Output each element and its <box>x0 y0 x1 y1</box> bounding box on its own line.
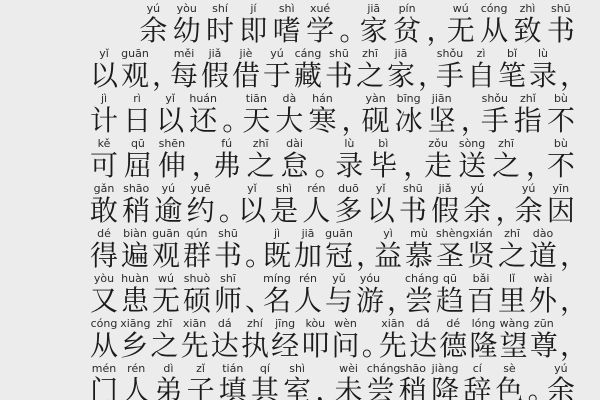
pinyin-label: yòu <box>173 2 201 16</box>
punctuation-cell: ， <box>315 362 330 400</box>
hanzi-char: 敢 <box>90 196 118 227</box>
pinyin-label: shī <box>214 272 242 286</box>
punctuation-cell: ， <box>560 317 575 362</box>
char-cell: wèn问 <box>332 317 360 362</box>
char-cell: yǔ与 <box>325 272 353 317</box>
text-line: cóng从xiāng乡zhī之xiān先dá达zhí执jīng经kòu叩wèn问… <box>90 317 575 362</box>
hanzi-char: 加 <box>294 241 322 272</box>
pinyin-label <box>222 92 237 106</box>
punctuation-cell: 。 <box>339 2 354 47</box>
hanzi-char: ， <box>426 16 441 47</box>
pinyin-label: guān <box>121 47 149 61</box>
pinyin-label: cóng <box>480 2 508 16</box>
char-cell: dà大 <box>275 92 303 137</box>
char-cell: měi每 <box>170 47 198 92</box>
char-cell: zūn尊 <box>530 317 558 362</box>
pinyin-label: jiǎ <box>201 47 229 61</box>
pinyin-label <box>342 92 357 106</box>
pinyin-label <box>418 47 433 61</box>
pinyin-label: xiāng <box>120 317 148 331</box>
punctuation-cell: 、 <box>245 272 260 317</box>
hanzi-char: 逾 <box>154 196 182 227</box>
pinyin-label <box>192 137 207 151</box>
hanzi-char: 门 <box>90 376 118 400</box>
pinyin-label: bǐ <box>498 47 526 61</box>
pinyin-label: shū <box>399 182 427 196</box>
pinyin-label: huàn <box>121 272 149 286</box>
punctuation-cell: ， <box>495 182 510 227</box>
punctuation-cell: 。 <box>528 362 543 400</box>
pinyin-label: lù <box>529 47 557 61</box>
hanzi-char: 天 <box>242 106 270 137</box>
punctuation-cell: ， <box>418 47 433 92</box>
hanzi-char: 于 <box>263 61 291 92</box>
char-cell: xiān先 <box>379 317 407 362</box>
pinyin-label: wài <box>529 272 557 286</box>
char-cell: shèng圣 <box>436 227 464 272</box>
hanzi-char: 伸 <box>158 151 186 182</box>
hanzi-char: 外 <box>529 286 557 317</box>
hanzi-char: 无 <box>447 16 475 47</box>
char-cell: shī师 <box>214 272 242 317</box>
char-cell: jiā家 <box>387 47 415 92</box>
hanzi-char: 以 <box>90 61 118 92</box>
punctuation-cell: ， <box>560 272 575 317</box>
pinyin-label: bì <box>369 137 397 151</box>
pinyin-label: zhī <box>356 47 384 61</box>
hanzi-char: 坚 <box>428 106 456 137</box>
pinyin-label: kòu <box>301 317 329 331</box>
char-cell: mén门 <box>90 362 118 400</box>
pinyin-label: rén <box>122 362 150 376</box>
hanzi-char: 色 <box>495 376 523 400</box>
pinyin-label: yú <box>154 182 182 196</box>
pinyin-label: shèng <box>436 227 464 241</box>
hanzi-char: 隆 <box>469 331 497 362</box>
char-cell: wàng望 <box>500 317 528 362</box>
hanzi-char: 道 <box>529 241 557 272</box>
char-cell: rì日 <box>123 92 151 137</box>
punctuation-cell: ， <box>192 137 207 182</box>
hanzi-char: 益 <box>374 241 402 272</box>
hanzi-char: ， <box>192 151 207 182</box>
hanzi-char: 大 <box>275 106 303 137</box>
pinyin-label: shēn <box>158 137 186 151</box>
pinyin-label: duō <box>335 182 363 196</box>
hanzi-char: 送 <box>458 151 486 182</box>
hanzi-char: 名 <box>263 286 291 317</box>
pinyin-label: zǐ <box>187 362 215 376</box>
hanzi-char: 尝 <box>367 376 395 400</box>
char-cell: qū屈 <box>124 137 152 182</box>
pinyin-label: lù <box>335 137 363 151</box>
pinyin-label: xiān <box>379 317 407 331</box>
pinyin-label: bǎi <box>467 272 495 286</box>
char-cell: kě可 <box>90 137 118 182</box>
pinyin-label: mén <box>90 362 118 376</box>
punctuation-cell: ， <box>426 2 441 47</box>
pinyin-label: tián <box>219 362 247 376</box>
pinyin-label <box>245 227 260 241</box>
pinyin-label: yóu <box>356 272 384 286</box>
char-cell: jiǎ假 <box>431 182 459 227</box>
pinyin-label: dì <box>154 362 182 376</box>
hanzi-char: 、 <box>245 286 260 317</box>
pinyin-label: zhí <box>241 317 269 331</box>
char-cell: jiǎ假 <box>201 47 229 92</box>
char-cell: cháng尝 <box>367 362 395 400</box>
char-cell: biàn遍 <box>121 227 149 272</box>
pinyin-label: dé <box>439 317 467 331</box>
char-cell: yú逾 <box>154 182 182 227</box>
hanzi-char: 假 <box>201 61 229 92</box>
pinyin-label <box>426 2 441 16</box>
char-cell: tiān天 <box>242 92 270 137</box>
hanzi-char: 观 <box>121 61 149 92</box>
pinyin-label: shǒu <box>481 92 509 106</box>
hanzi-char: 稍 <box>399 376 427 400</box>
hanzi-char: 游 <box>356 286 384 317</box>
pinyin-label: yú <box>463 182 491 196</box>
hanzi-char: 百 <box>467 286 495 317</box>
hanzi-char: 遍 <box>121 241 149 272</box>
pinyin-label <box>495 182 510 196</box>
text-line: mén门rén人dì弟zǐ子tián填qí其shì室，wèi未cháng尝shā… <box>90 362 575 400</box>
pinyin-label: yǐ <box>156 92 184 106</box>
hanzi-char: 既 <box>263 241 291 272</box>
char-cell: yú于 <box>263 47 291 92</box>
char-cell: shāo稍 <box>122 182 150 227</box>
char-cell: zhī之 <box>492 137 520 182</box>
char-cell: yú余 <box>139 2 167 47</box>
hanzi-char: 填 <box>219 376 247 400</box>
hanzi-char: 先 <box>379 331 407 362</box>
punctuation-cell: ， <box>387 272 402 317</box>
char-cell: zhì致 <box>513 2 541 47</box>
pinyin-label: shuò <box>183 272 211 286</box>
hanzi-char: 之 <box>356 61 384 92</box>
hanzi-char: 贤 <box>467 241 495 272</box>
hanzi-char: ， <box>526 151 541 182</box>
hanzi-char: 尝 <box>405 286 433 317</box>
hanzi-char: 望 <box>500 331 528 362</box>
pinyin-label: cí <box>463 362 491 376</box>
hanzi-char: 还 <box>189 106 217 137</box>
pinyin-label: zhǐ <box>514 92 542 106</box>
char-cell: zhī之 <box>247 137 275 182</box>
pinyin-label: qí <box>251 362 279 376</box>
pinyin-label: dá <box>409 317 437 331</box>
hanzi-char: 以 <box>238 196 266 227</box>
hanzi-char: 达 <box>409 331 437 362</box>
pinyin-label: dài <box>281 137 309 151</box>
char-cell: zhǐ指 <box>514 92 542 137</box>
pinyin-label: zhī <box>150 317 178 331</box>
char-cell: dé得 <box>90 227 118 272</box>
pinyin-label: dé <box>90 227 118 241</box>
hanzi-char: 。 <box>339 16 354 47</box>
pinyin-label: yīn <box>547 182 575 196</box>
hanzi-char: 致 <box>513 16 541 47</box>
char-cell: lǐ里 <box>498 272 526 317</box>
char-cell: shū书 <box>214 227 242 272</box>
pinyin-label: jí <box>239 2 267 16</box>
char-cell: shì是 <box>270 182 298 227</box>
pinyin-label: fú <box>213 137 241 151</box>
char-cell: yīn因 <box>547 182 575 227</box>
pinyin-label: bīng <box>395 92 423 106</box>
pinyin-label <box>560 317 575 331</box>
hanzi-char: 书 <box>547 16 575 47</box>
pinyin-label <box>387 272 402 286</box>
pinyin-label: zhī <box>498 227 526 241</box>
hanzi-char: 。 <box>314 151 329 182</box>
char-cell: tián填 <box>219 362 247 400</box>
hanzi-char: 手 <box>436 61 464 92</box>
char-cell: qún群 <box>183 227 211 272</box>
pinyin-label: měi <box>170 47 198 61</box>
pinyin-label <box>560 227 575 241</box>
hanzi-char: 慕 <box>405 241 433 272</box>
pinyin-label: lǐ <box>498 272 526 286</box>
char-cell: dì弟 <box>154 362 182 400</box>
hanzi-char: 书 <box>399 196 427 227</box>
char-cell: yàn砚 <box>362 92 390 137</box>
char-cell: xué学 <box>306 2 334 47</box>
char-cell: wèi未 <box>335 362 363 400</box>
hanzi-char: 。 <box>528 376 543 400</box>
char-cell: jiàng降 <box>431 362 459 400</box>
hanzi-char: 余 <box>463 196 491 227</box>
pinyin-label: bù <box>547 92 575 106</box>
char-cell: jiā加 <box>294 227 322 272</box>
hanzi-char: 。 <box>245 241 260 272</box>
hanzi-char: 嗜 <box>273 16 301 47</box>
hanzi-char: 怠 <box>281 151 309 182</box>
pinyin-label: guān <box>325 227 353 241</box>
pinyin-label: dào <box>529 227 557 241</box>
char-cell: jīng经 <box>271 317 299 362</box>
pinyin-label <box>528 362 543 376</box>
pinyin-label: kě <box>90 137 118 151</box>
hanzi-char: 书 <box>214 241 242 272</box>
char-cell: bù不 <box>547 92 575 137</box>
pinyin-label: yǐ <box>238 182 266 196</box>
pinyin-label: pín <box>393 2 421 16</box>
hanzi-char: 以 <box>367 196 395 227</box>
hanzi-char: 学 <box>306 16 334 47</box>
pinyin-label <box>560 47 575 61</box>
hanzi-char: 是 <box>270 196 298 227</box>
hanzi-char: 笔 <box>498 61 526 92</box>
hanzi-char: 假 <box>431 196 459 227</box>
char-cell: shì嗜 <box>273 2 301 47</box>
hanzi-char: 里 <box>498 286 526 317</box>
hanzi-char: 。 <box>219 196 234 227</box>
pinyin-label <box>560 272 575 286</box>
pinyin-label: jiàng <box>431 362 459 376</box>
pinyin-text-page: yú余yòu幼shí时jí即shì嗜xué学。jiā家pín贫，wú无cóng从… <box>0 0 600 400</box>
char-cell: zhī之 <box>498 227 526 272</box>
char-cell: yì益 <box>374 227 402 272</box>
char-cell: bīng冰 <box>395 92 423 137</box>
char-cell: shì室 <box>283 362 311 400</box>
hanzi-char: 从 <box>480 16 508 47</box>
char-cell: mù慕 <box>405 227 433 272</box>
pinyin-label: cóng <box>90 317 118 331</box>
hanzi-char: 冰 <box>395 106 423 137</box>
char-cell: yuē约 <box>187 182 215 227</box>
pinyin-label: zǒu <box>424 137 452 151</box>
pinyin-label: wú <box>152 272 180 286</box>
pinyin-label: jiā <box>294 227 322 241</box>
char-cell: lóng隆 <box>469 317 497 362</box>
char-cell: zhī之 <box>150 317 178 362</box>
hanzi-char: 。 <box>362 331 377 362</box>
text-line: gǎn敢shāo稍yú逾yuē约。yǐ以shì是rén人duō多yǐ以shū书j… <box>90 182 575 227</box>
hanzi-char: 之 <box>247 151 275 182</box>
pinyin-label: guān <box>152 227 180 241</box>
char-cell: wài外 <box>529 272 557 317</box>
pinyin-label: xué <box>306 2 334 16</box>
hanzi-char: ， <box>418 61 433 92</box>
punctuation-cell: 。 <box>362 317 377 362</box>
char-cell: yòu又 <box>90 272 118 317</box>
char-cell: guān观 <box>152 227 180 272</box>
char-cell: jiè借 <box>232 47 260 92</box>
pinyin-label: huán <box>189 92 217 106</box>
char-cell: shāo稍 <box>399 362 427 400</box>
pinyin-label: wèn <box>332 317 360 331</box>
pinyin-label <box>526 137 541 151</box>
pinyin-label: sòng <box>458 137 486 151</box>
char-cell: dá达 <box>409 317 437 362</box>
hanzi-char: 之 <box>498 241 526 272</box>
pinyin-label: yǔ <box>325 272 353 286</box>
hanzi-char: 毕 <box>369 151 397 182</box>
pinyin-label: gǎn <box>90 182 118 196</box>
pinyin-label: dá <box>211 317 239 331</box>
char-cell: yóu游 <box>356 272 384 317</box>
punctuation-cell: 。 <box>222 92 237 137</box>
char-cell: zì自 <box>467 47 495 92</box>
hanzi-char: 先 <box>181 331 209 362</box>
hanzi-char: 患 <box>121 286 149 317</box>
char-cell: zǐ子 <box>187 362 215 400</box>
hanzi-char: ， <box>315 376 330 400</box>
hanzi-char: 日 <box>123 106 151 137</box>
hanzi-char: 乡 <box>120 331 148 362</box>
hanzi-char: ， <box>403 151 418 182</box>
char-cell: zhī之 <box>356 47 384 92</box>
pinyin-label: wú <box>447 2 475 16</box>
pinyin-label: lóng <box>469 317 497 331</box>
pinyin-label <box>339 2 354 16</box>
hanzi-char: 余 <box>547 376 575 400</box>
pinyin-label: cháng <box>367 362 395 376</box>
pinyin-label: shǒu <box>436 47 464 61</box>
pinyin-label: yǐ <box>367 182 395 196</box>
hanzi-char: 录 <box>335 151 363 182</box>
hanzi-char: 其 <box>251 376 279 400</box>
hanzi-char: 时 <box>206 16 234 47</box>
char-cell: shēn伸 <box>158 137 186 182</box>
pinyin-label: shū <box>325 47 353 61</box>
hanzi-char: 经 <box>271 331 299 362</box>
hanzi-char: 每 <box>170 61 198 92</box>
pinyin-label: qū <box>124 137 152 151</box>
char-cell: rén人 <box>294 272 322 317</box>
char-cell: dé德 <box>439 317 467 362</box>
pinyin-label: qū <box>436 272 464 286</box>
pinyin-label: yòu <box>90 272 118 286</box>
hanzi-char: 群 <box>183 241 211 272</box>
hanzi-char: 德 <box>439 331 467 362</box>
text-line: kě可qū屈shēn伸，fú弗zhī之dài怠。lù录bì毕，zǒu走sòng送… <box>90 137 575 182</box>
char-cell: yǐ以 <box>367 182 395 227</box>
hanzi-char: ， <box>560 286 575 317</box>
pinyin-label: rén <box>302 182 330 196</box>
hanzi-char: 借 <box>232 61 260 92</box>
hanzi-char: ， <box>152 61 167 92</box>
char-cell: jiān坚 <box>428 92 456 137</box>
hanzi-char: 贫 <box>393 16 421 47</box>
hanzi-char: 走 <box>424 151 452 182</box>
hanzi-char: ， <box>342 106 357 137</box>
char-cell: cháng尝 <box>405 272 433 317</box>
char-cell: gǎn敢 <box>90 182 118 227</box>
char-cell: bì毕 <box>369 137 397 182</box>
pinyin-label: sè <box>495 362 523 376</box>
char-cell: rén人 <box>302 182 330 227</box>
punctuation-cell: 。 <box>245 227 260 272</box>
hanzi-char: 从 <box>90 331 118 362</box>
hanzi-char: 子 <box>187 376 215 400</box>
hanzi-char: 无 <box>152 286 180 317</box>
char-cell: zǒu走 <box>424 137 452 182</box>
punctuation-cell: ， <box>152 47 167 92</box>
hanzi-char: 问 <box>332 331 360 362</box>
pinyin-label: shí <box>206 2 234 16</box>
hanzi-char: 约 <box>187 196 215 227</box>
punctuation-cell: ， <box>403 137 418 182</box>
pinyin-label: míng <box>263 272 291 286</box>
char-cell: bǎi百 <box>467 272 495 317</box>
hanzi-char: 师 <box>214 286 242 317</box>
hanzi-char: 即 <box>239 16 267 47</box>
hanzi-char: 幼 <box>173 16 201 47</box>
pinyin-label: shāo <box>399 362 427 376</box>
char-cell: jiā家 <box>360 2 388 47</box>
char-cell: cí辞 <box>463 362 491 400</box>
hanzi-char: 叩 <box>301 331 329 362</box>
pinyin-label: yú <box>139 2 167 16</box>
pinyin-label <box>461 92 476 106</box>
char-cell: bǐ笔 <box>498 47 526 92</box>
pinyin-label: jīng <box>271 317 299 331</box>
punctuation-cell: ， <box>526 137 541 182</box>
hanzi-char: 计 <box>90 106 118 137</box>
char-cell: guān冠 <box>325 227 353 272</box>
hanzi-char: 可 <box>90 151 118 182</box>
char-cell: jí即 <box>239 2 267 47</box>
hanzi-char: 人 <box>294 286 322 317</box>
pinyin-label: xiān <box>181 317 209 331</box>
char-cell: cóng从 <box>480 2 508 47</box>
pinyin-label: jì <box>263 227 291 241</box>
char-cell: yòu幼 <box>173 2 201 47</box>
hanzi-char: 又 <box>90 286 118 317</box>
